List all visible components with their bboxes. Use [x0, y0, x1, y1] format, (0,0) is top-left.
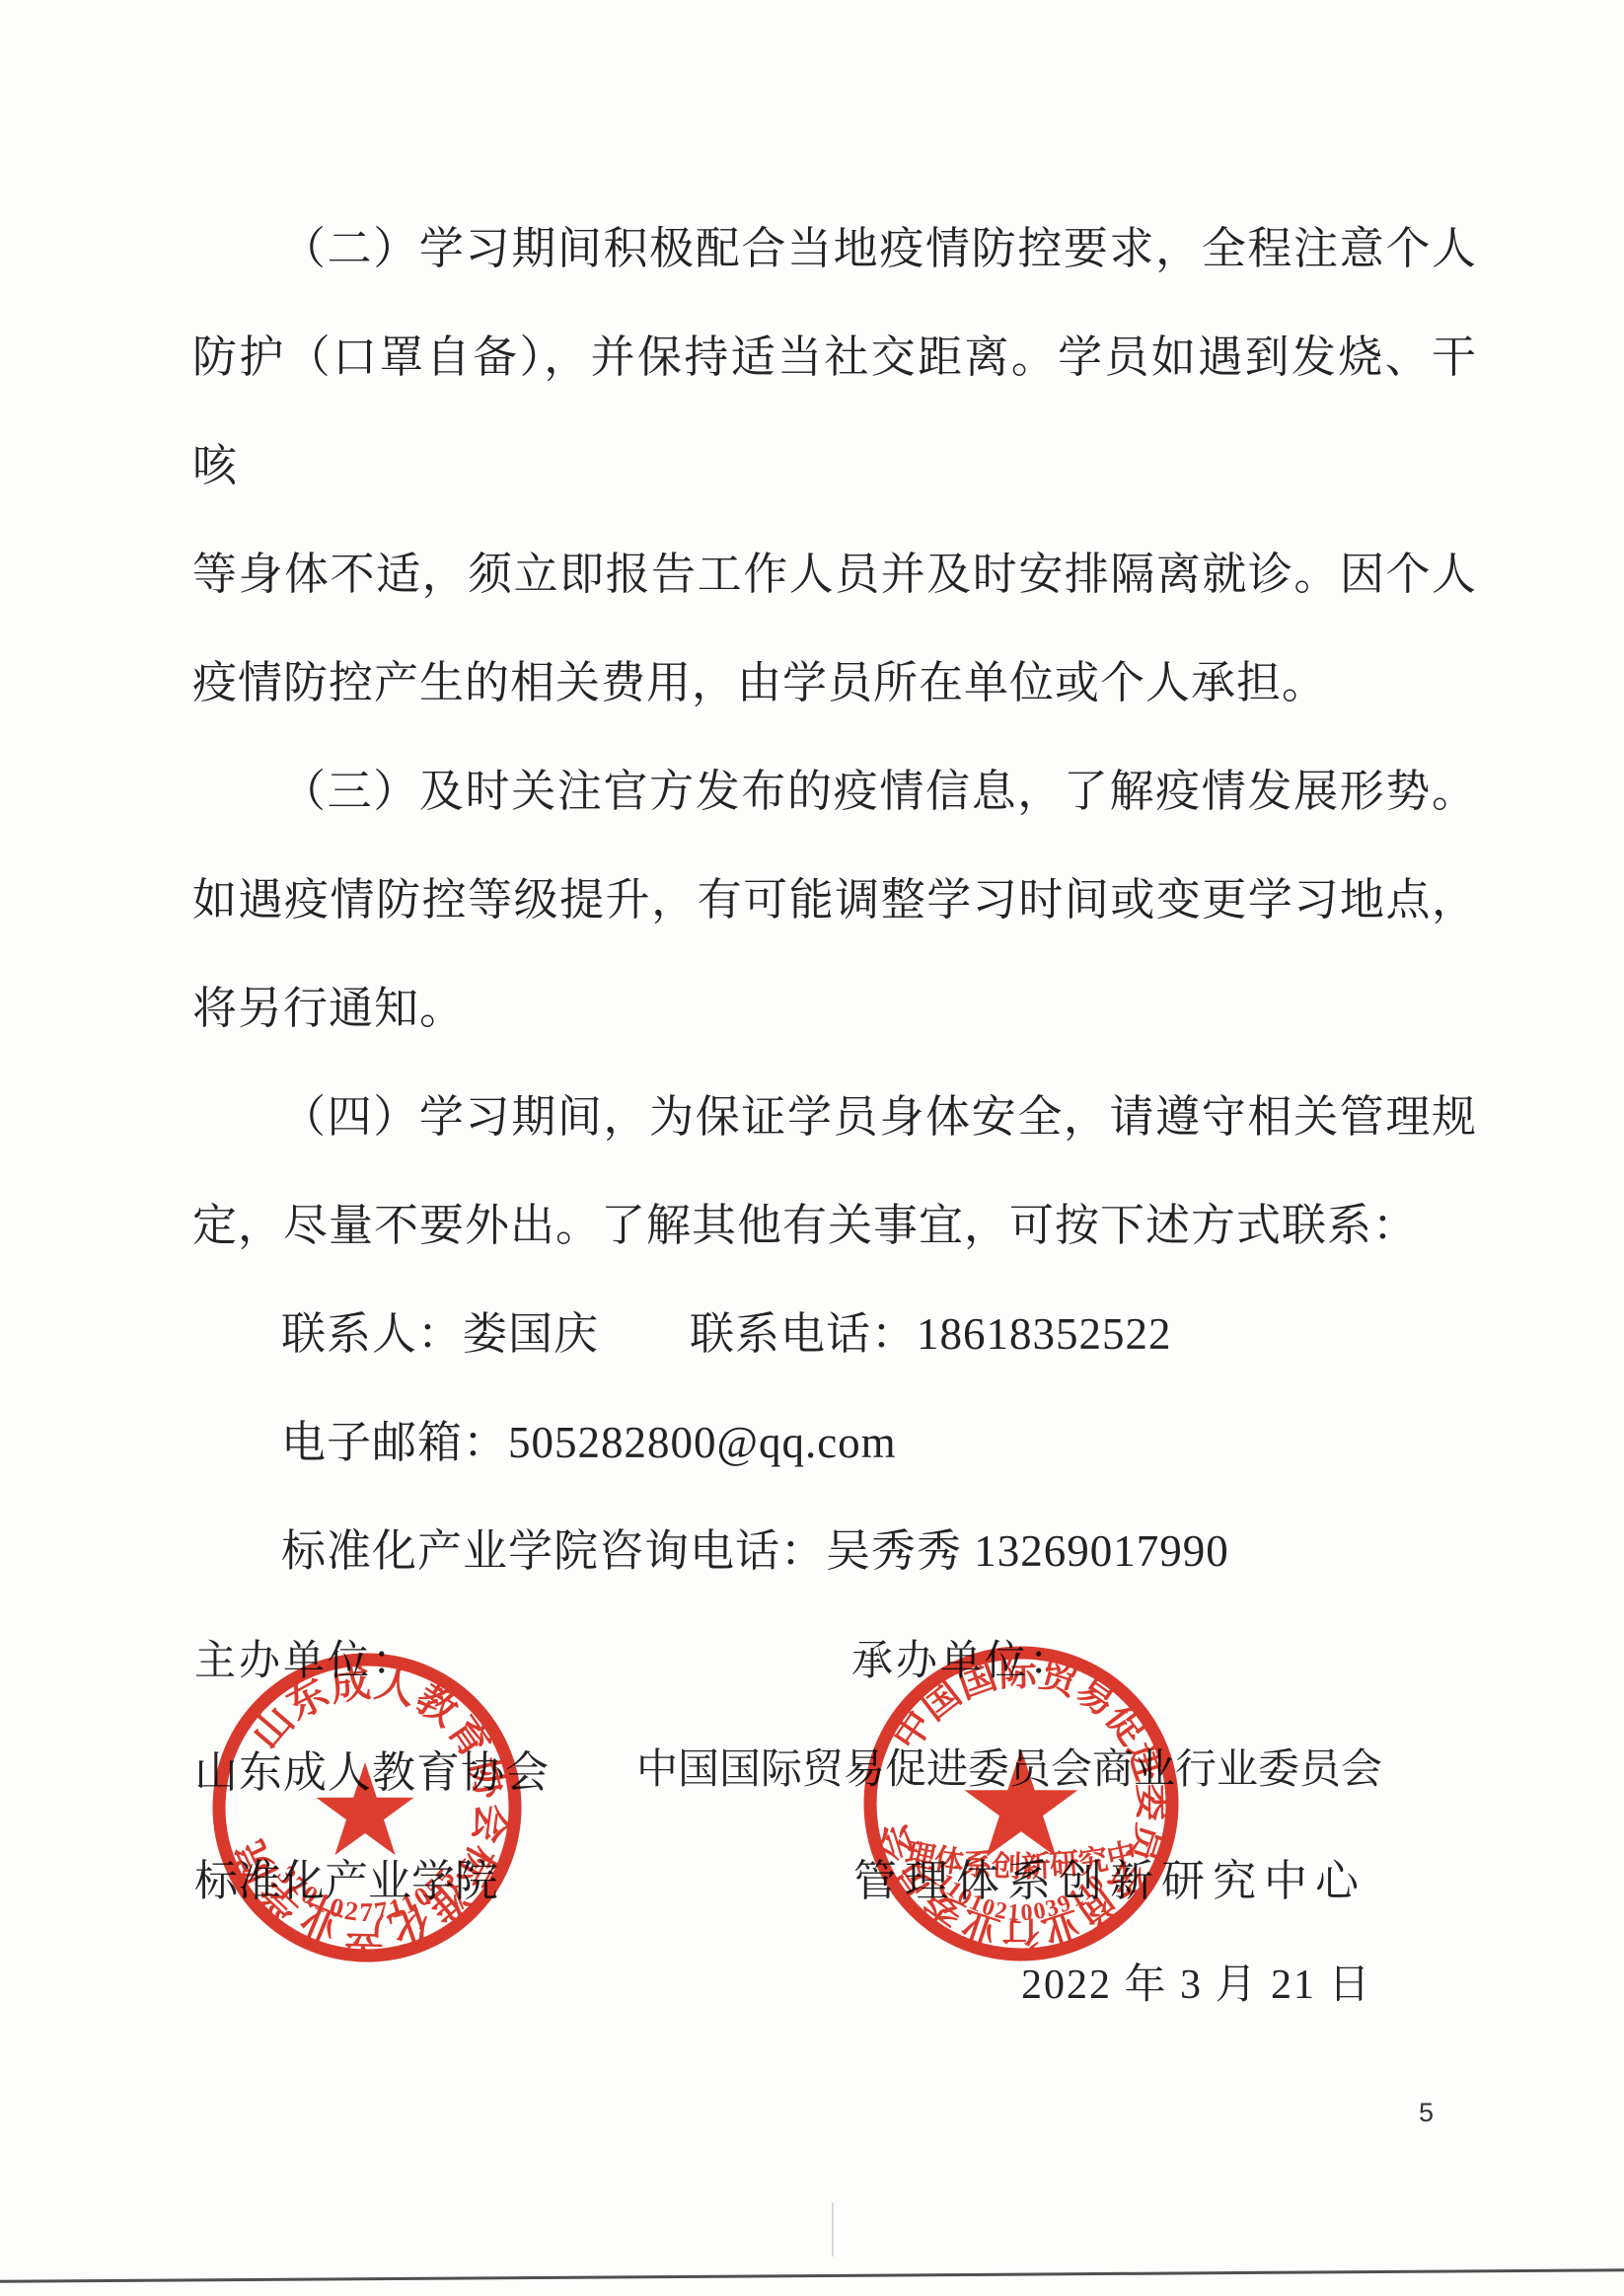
scan-edge-line	[0, 2268, 1624, 2283]
body-line: 等身体不适，须立即报告工作人员并及时安排隔离就诊。因个人	[192, 520, 1477, 629]
body-line: 将另行通知。	[192, 954, 1477, 1063]
organizer-seal: 中国国际贸易促进委员会商业行业委员会 管理体系创新研究中心 1101021003…	[839, 1621, 1204, 1986]
body-line: （四）学习期间，为保证学员身体安全，请遵守相关管理规	[192, 1063, 1477, 1171]
contact-person-line: 联系人：娄国庆 联系电话：18618352522	[192, 1280, 1477, 1388]
body-line: 疫情防控产生的相关费用，由学员所在单位或个人承担。	[192, 629, 1477, 737]
body-line: 如遇疫情防控等级提升，有可能调整学习时间或变更学习地点，	[192, 846, 1477, 954]
document-page: （二）学习期间积极配合当地疫情防控要求，全程注意个人 防护（口罩自备），并保持适…	[0, 0, 1624, 2296]
body-paragraphs: （二）学习期间积极配合当地疫情防控要求，全程注意个人 防护（口罩自备），并保持适…	[192, 194, 1477, 1605]
scan-artifact-tick	[832, 2202, 834, 2257]
contact-email-line: 电子邮箱：505282800@qq.com	[192, 1388, 1477, 1497]
page-number: 5	[1419, 2098, 1434, 2128]
host-seal: 山东成人教育协会标准化产业学院 3701027711055	[189, 1630, 545, 1985]
host-seal-star	[317, 1762, 414, 1855]
consult-phone-line: 标准化产业学院咨询电话：吴秀秀 13269017990	[192, 1497, 1477, 1605]
body-line: 防护（口罩自备），并保持适当社交距离。学员如遇到发烧、干咳	[192, 303, 1477, 520]
body-line: （二）学习期间积极配合当地疫情防控要求，全程注意个人	[192, 194, 1477, 303]
body-line: （三）及时关注官方发布的疫情信息，了解疫情发展形势。	[192, 737, 1477, 846]
body-line: 定，尽量不要外出。了解其他有关事宜，可按下述方式联系：	[192, 1171, 1477, 1280]
organizer-seal-star	[965, 1749, 1078, 1857]
